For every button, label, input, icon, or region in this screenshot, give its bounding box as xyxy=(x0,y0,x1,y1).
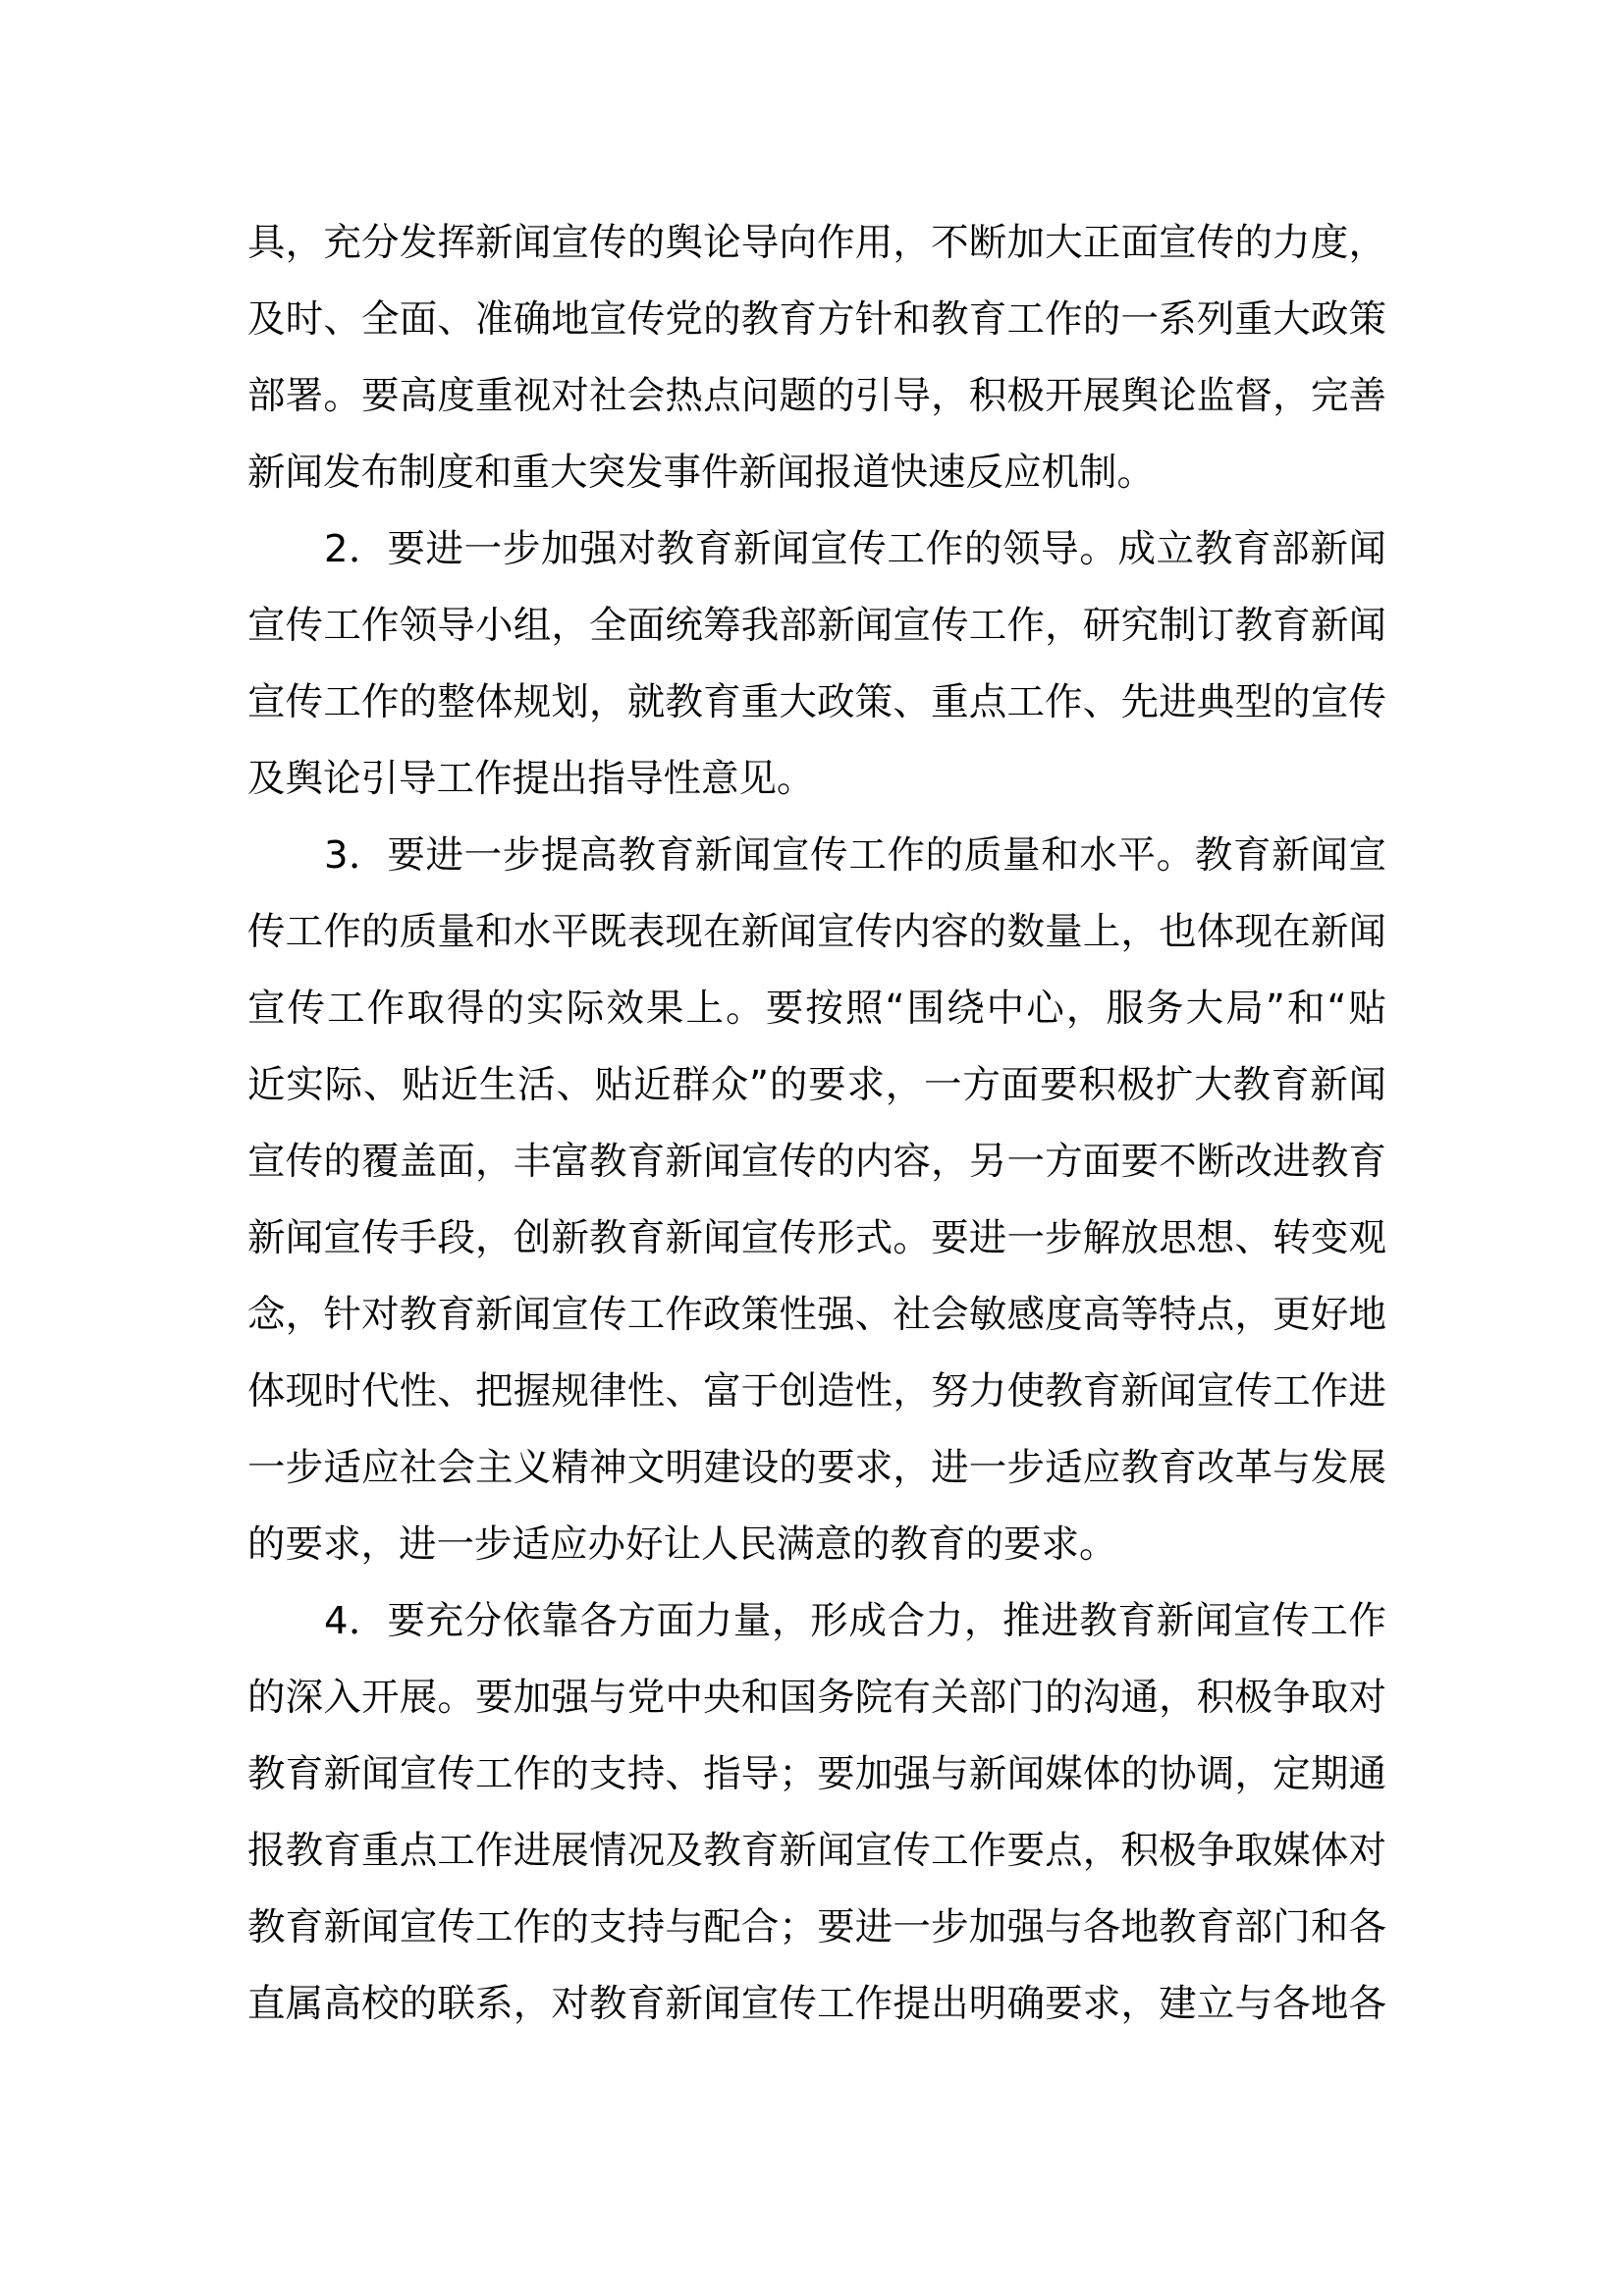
text-line: 宣传工作的整体规划，就教育重大政策、重点工作、先进典型的宣传 xyxy=(247,665,1386,741)
text-line: 及舆论引导工作提出指导性意见。 xyxy=(247,741,1386,818)
text-line: 教育新闻宣传工作的支持与配合；要进一步加强与各地教育部门和各 xyxy=(247,1890,1386,1966)
text-line: 部署。要高度重视对社会热点问题的引导，积极开展舆论监督，完善 xyxy=(247,358,1386,435)
text-line: 宣传工作领导小组，全面统筹我部新闻宣传工作，研究制订教育新闻 xyxy=(247,588,1386,665)
text-line: 一步适应社会主义精神文明建设的要求，进一步适应教育改革与发展 xyxy=(247,1430,1386,1507)
paragraph-2-first-line: 2．要进一步加强对教育新闻宣传工作的领导。成立教育部新闻 xyxy=(324,511,1386,588)
text-line: 的要求，进一步适应办好让人民满意的教育的要求。 xyxy=(247,1507,1386,1583)
text-line: 的深入开展。要加强与党中央和国务院有关部门的沟通，积极争取对 xyxy=(247,1660,1386,1736)
text-line: 及时、全面、准确地宣传党的教育方针和教育工作的一系列重大政策 xyxy=(247,282,1386,358)
text-line: 宣传的覆盖面，丰富教育新闻宣传的内容，另一方面要不断改进教育 xyxy=(247,1124,1386,1201)
text-line: 报教育重点工作进展情况及教育新闻宣传工作要点，积极争取媒体对 xyxy=(247,1813,1386,1890)
text-line: 教育新闻宣传工作的支持、指导；要加强与新闻媒体的协调，定期通 xyxy=(247,1736,1386,1813)
text-line: 宣传工作取得的实际效果上。要按照“围绕中心，服务大局”和“贴 xyxy=(247,971,1386,1047)
text-line: 新闻宣传手段，创新教育新闻宣传形式。要进一步解放思想、转变观 xyxy=(247,1201,1386,1277)
paragraph-4-first-line: 4．要充分依靠各方面力量，形成合力，推进教育新闻宣传工作 xyxy=(324,1583,1386,1660)
text-line: 具，充分发挥新闻宣传的舆论导向作用，不断加大正面宣传的力度， xyxy=(247,205,1386,282)
document-page: 具，充分发挥新闻宣传的舆论导向作用，不断加大正面宣传的力度， 及时、全面、准确地… xyxy=(0,0,1624,2296)
paragraph-3-first-line: 3．要进一步提高教育新闻宣传工作的质量和水平。教育新闻宣 xyxy=(324,818,1386,894)
text-line: 新闻发布制度和重大突发事件新闻报道快速反应机制。 xyxy=(247,435,1386,511)
text-line: 体现时代性、把握规律性、富于创造性，努力使教育新闻宣传工作进 xyxy=(247,1354,1386,1430)
text-line: 直属高校的联系，对教育新闻宣传工作提出明确要求，建立与各地各 xyxy=(247,1966,1386,2043)
text-line: 念，针对教育新闻宣传工作政策性强、社会敏感度高等特点，更好地 xyxy=(247,1277,1386,1354)
text-line: 传工作的质量和水平既表现在新闻宣传内容的数量上，也体现在新闻 xyxy=(247,894,1386,971)
text-line: 近实际、贴近生活、贴近群众”的要求，一方面要积极扩大教育新闻 xyxy=(247,1047,1386,1124)
